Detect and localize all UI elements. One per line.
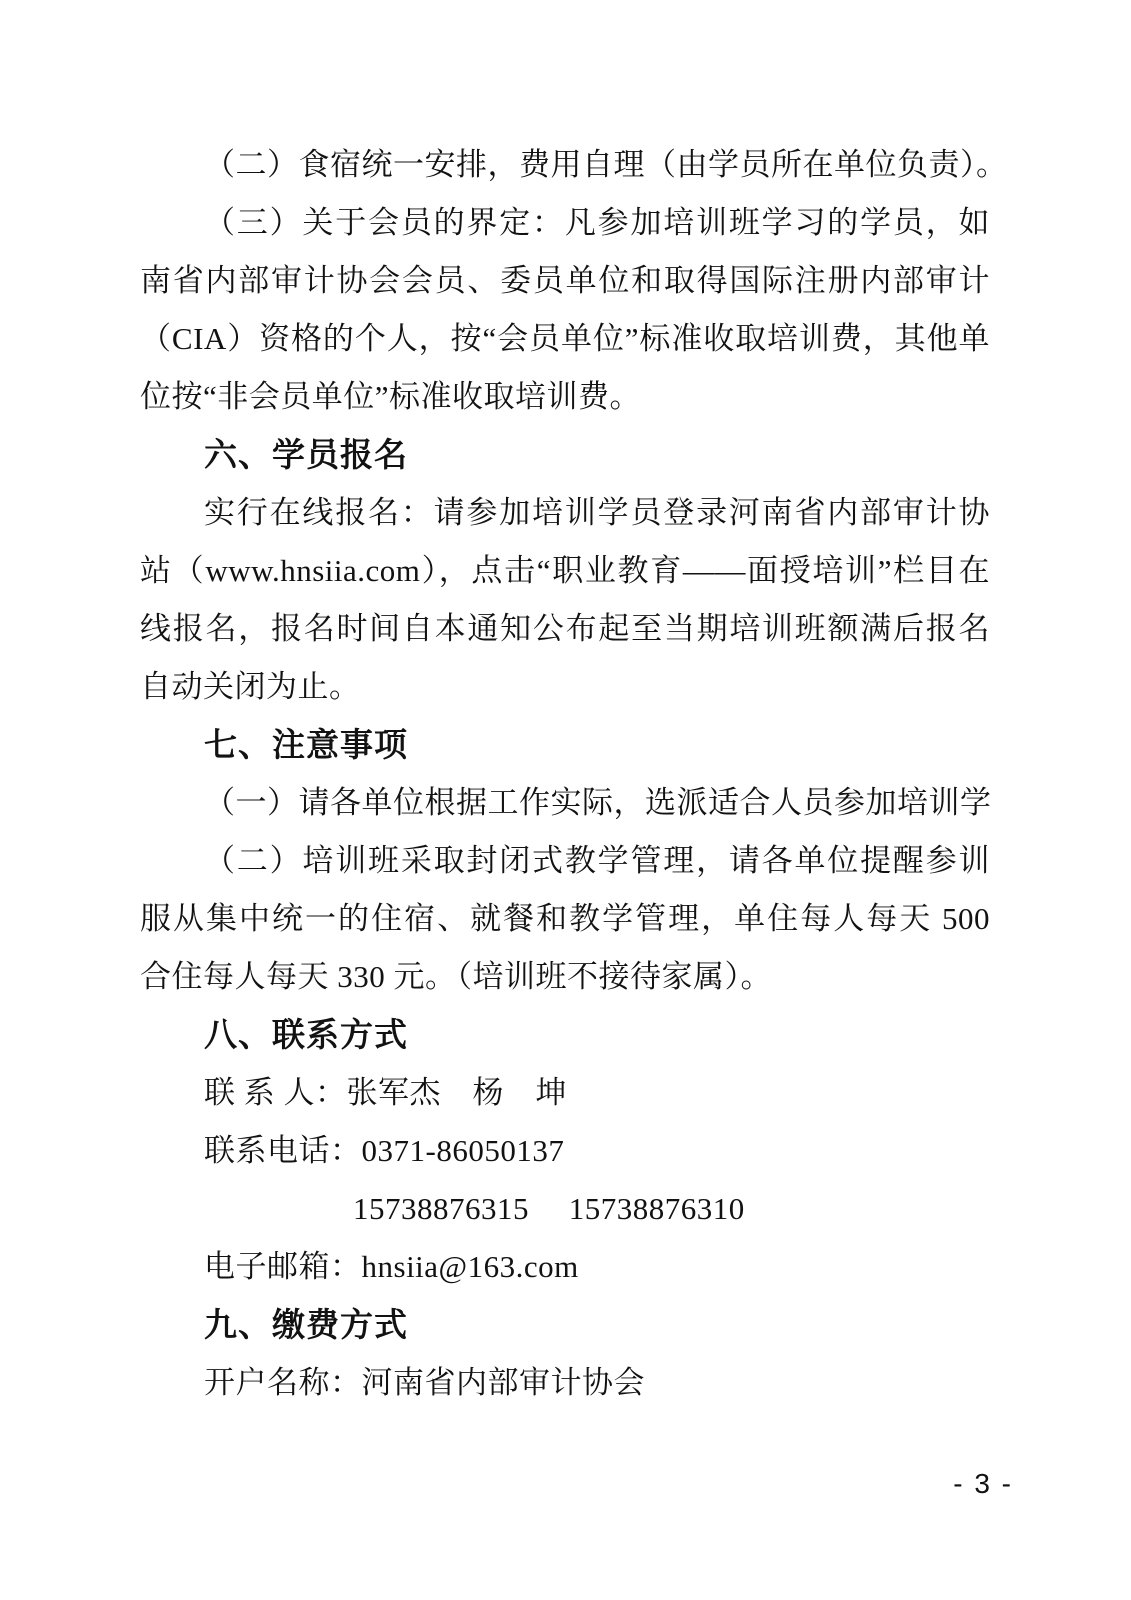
section-heading: 九、缴费方式: [140, 1296, 990, 1354]
contact-phone-line: 联系电话：0371-86050137: [140, 1122, 990, 1180]
text-line: （二）食宿统一安排，费用自理（由学员所在单位负责）。: [140, 136, 990, 194]
document-section: 九、缴费方式 开户名称：河南省内部审计协会: [140, 1296, 990, 1412]
page-number: - 3 -: [953, 1466, 1013, 1502]
text-line: 合住每人每天 330 元。（培训班不接待家属）。: [140, 948, 990, 1006]
document-section: 七、注意事项 （一）请各单位根据工作实际，选派适合人员参加培训学习。 （二）培训…: [140, 716, 990, 1006]
text-line: （CIA）资格的个人，按“会员单位”标准收取培训费，其他单: [140, 310, 990, 368]
section-heading: 六、学员报名: [140, 426, 990, 484]
document-content: （二）食宿统一安排，费用自理（由学员所在单位负责）。 （三）关于会员的界定：凡参…: [140, 136, 990, 1412]
document-section: 六、学员报名 实行在线报名：请参加培训学员登录河南省内部审计协会网 站（www.…: [140, 426, 990, 716]
section-heading: 八、联系方式: [140, 1006, 990, 1064]
contact-mobile-line: 15738876315 15738876310: [140, 1180, 990, 1238]
contact-person-line: 联 系 人：张军杰 杨 坤: [140, 1064, 990, 1122]
text-line: 站（www.hnsiia.com），点击“职业教育——面授培训”栏目在: [140, 542, 990, 600]
text-line: （三）关于会员的界定：凡参加培训班学习的学员，如系河: [140, 194, 990, 252]
text-line: 实行在线报名：请参加培训学员登录河南省内部审计协会网: [140, 484, 990, 542]
document-page: （二）食宿统一安排，费用自理（由学员所在单位负责）。 （三）关于会员的界定：凡参…: [0, 0, 1131, 1600]
document-section: 八、联系方式 联 系 人：张军杰 杨 坤 联系电话：0371-86050137 …: [140, 1006, 990, 1296]
text-line: （二）培训班采取封闭式教学管理，请各单位提醒参训学员: [140, 832, 990, 890]
text-line: 南省内部审计协会会员、委员单位和取得国际注册内部审计师: [140, 252, 990, 310]
text-line: 服从集中统一的住宿、就餐和教学管理，单住每人每天 500 元，: [140, 890, 990, 948]
text-line: （一）请各单位根据工作实际，选派适合人员参加培训学习。: [140, 774, 990, 832]
text-line: 自动关闭为止。: [140, 658, 990, 716]
document-section: （二）食宿统一安排，费用自理（由学员所在单位负责）。 （三）关于会员的界定：凡参…: [140, 136, 990, 426]
section-heading: 七、注意事项: [140, 716, 990, 774]
account-name-line: 开户名称：河南省内部审计协会: [140, 1354, 990, 1412]
text-line: 位按“非会员单位”标准收取培训费。: [140, 368, 990, 426]
contact-email-line: 电子邮箱：hnsiia@163.com: [140, 1238, 990, 1296]
text-line: 线报名，报名时间自本通知公布起至当期培训班额满后报名系统: [140, 600, 990, 658]
